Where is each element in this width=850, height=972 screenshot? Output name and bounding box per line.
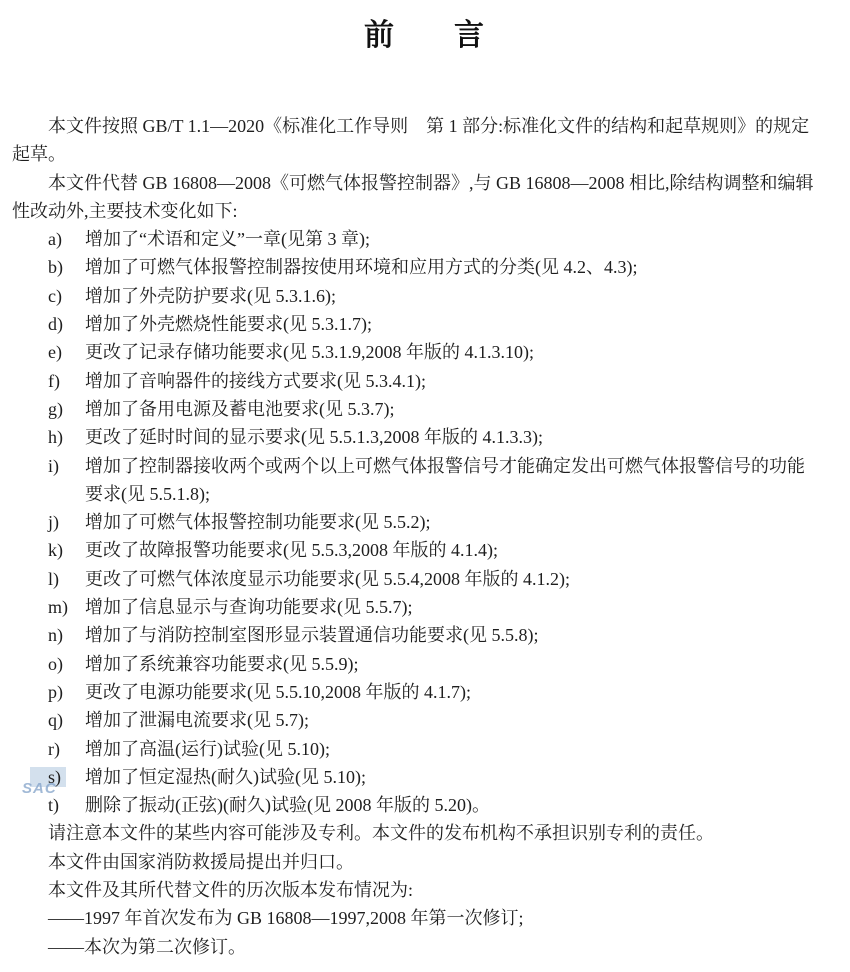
change-item-text: 增加了与消防控制室图形显示装置通信功能要求(见 5.5.8); — [85, 621, 836, 649]
change-list: a) 增加了“术语和定义”一章(见第 3 章); b) 增加了可燃气体报警控制器… — [12, 225, 836, 819]
change-item: o) 增加了系统兼容功能要求(见 5.5.9); — [12, 650, 836, 678]
change-item: p) 更改了电源功能要求(见 5.5.10,2008 年版的 4.1.7); — [12, 678, 836, 706]
change-item-text: 增加了可燃气体报警控制器按使用环境和应用方式的分类(见 4.2、4.3); — [85, 253, 836, 281]
change-item-letter: t) — [12, 791, 85, 819]
change-item-text: 增加了恒定湿热(耐久)试验(见 5.10); — [85, 763, 836, 791]
change-item: m) 增加了信息显示与查询功能要求(见 5.5.7); — [12, 593, 836, 621]
change-item-letter: k) — [12, 536, 85, 564]
document-page: SAC 前 言 本文件按照 GB/T 1.1—2020《标准化工作导则 第 1 … — [0, 0, 850, 972]
change-item-text: 更改了延时时间的显示要求(见 5.5.1.3,2008 年版的 4.1.3.3)… — [85, 423, 836, 451]
change-item-letter: i) — [12, 452, 85, 509]
change-item-letter: m) — [12, 593, 85, 621]
change-item: j) 增加了可燃气体报警控制功能要求(见 5.5.2); — [12, 508, 836, 536]
change-item: h) 更改了延时时间的显示要求(见 5.5.1.3,2008 年版的 4.1.3… — [12, 423, 836, 451]
change-item-letter: l) — [12, 565, 85, 593]
history-list: ——1997 年首次发布为 GB 16808—1997,2008 年第一次修订;… — [12, 904, 836, 961]
change-item-letter: a) — [12, 225, 85, 253]
document-content: 前 言 本文件按照 GB/T 1.1—2020《标准化工作导则 第 1 部分:标… — [12, 16, 836, 961]
change-item-letter: o) — [12, 650, 85, 678]
page-title: 前 言 — [12, 16, 836, 56]
change-item: c) 增加了外壳防护要求(见 5.3.1.6); — [12, 282, 836, 310]
change-item-letter: b) — [12, 253, 85, 281]
change-item: r) 增加了高温(运行)试验(见 5.10); — [12, 735, 836, 763]
change-item-letter: p) — [12, 678, 85, 706]
change-item-text: 更改了记录存储功能要求(见 5.3.1.9,2008 年版的 4.1.3.10)… — [85, 338, 836, 366]
change-item-letter: s) — [12, 763, 85, 791]
change-item-text: 增加了高温(运行)试验(见 5.10); — [85, 735, 836, 763]
change-item-letter: n) — [12, 621, 85, 649]
change-item-letter: q) — [12, 706, 85, 734]
intro-paragraph-basis: 本文件按照 GB/T 1.1—2020《标准化工作导则 第 1 部分:标准化文件… — [12, 112, 836, 169]
change-item-text: 增加了外壳防护要求(见 5.3.1.6); — [85, 282, 836, 310]
change-item-text: 增加了系统兼容功能要求(见 5.5.9); — [85, 650, 836, 678]
history-item: ——1997 年首次发布为 GB 16808—1997,2008 年第一次修订; — [12, 904, 836, 932]
intro-paragraph-replacement: 本文件代替 GB 16808—2008《可燃气体报警控制器》,与 GB 1680… — [12, 169, 836, 226]
change-item: b) 增加了可燃气体报警控制器按使用环境和应用方式的分类(见 4.2、4.3); — [12, 253, 836, 281]
change-item-text: 增加了信息显示与查询功能要求(见 5.5.7); — [85, 593, 836, 621]
change-item-letter: g) — [12, 395, 85, 423]
change-item: e) 更改了记录存储功能要求(见 5.3.1.9,2008 年版的 4.1.3.… — [12, 338, 836, 366]
issuing-body-paragraph: 本文件由国家消防救援局提出并归口。 — [12, 848, 836, 876]
change-item-letter: h) — [12, 423, 85, 451]
change-item: t) 删除了振动(正弦)(耐久)试验(见 2008 年版的 5.20)。 — [12, 791, 836, 819]
change-item: g) 增加了备用电源及蓄电池要求(见 5.3.7); — [12, 395, 836, 423]
change-item-text: 更改了故障报警功能要求(见 5.5.3,2008 年版的 4.1.4); — [85, 536, 836, 564]
change-item-letter: r) — [12, 735, 85, 763]
change-item-text: 增加了音响器件的接线方式要求(见 5.3.4.1); — [85, 367, 836, 395]
change-item-text: 增加了外壳燃烧性能要求(见 5.3.1.7); — [85, 310, 836, 338]
change-item-text: 删除了振动(正弦)(耐久)试验(见 2008 年版的 5.20)。 — [85, 791, 836, 819]
change-item-letter: c) — [12, 282, 85, 310]
change-item: s) 增加了恒定湿热(耐久)试验(见 5.10); — [12, 763, 836, 791]
change-item-letter: d) — [12, 310, 85, 338]
change-item-text: 增加了“术语和定义”一章(见第 3 章); — [85, 225, 836, 253]
change-item: q) 增加了泄漏电流要求(见 5.7); — [12, 706, 836, 734]
change-item-letter: f) — [12, 367, 85, 395]
history-item: ——本次为第二次修订。 — [12, 933, 836, 961]
change-item: n) 增加了与消防控制室图形显示装置通信功能要求(见 5.5.8); — [12, 621, 836, 649]
change-item-text: 更改了电源功能要求(见 5.5.10,2008 年版的 4.1.7); — [85, 678, 836, 706]
change-item-letter: j) — [12, 508, 85, 536]
change-item: d) 增加了外壳燃烧性能要求(见 5.3.1.7); — [12, 310, 836, 338]
change-item: k) 更改了故障报警功能要求(见 5.5.3,2008 年版的 4.1.4); — [12, 536, 836, 564]
change-item-text: 增加了备用电源及蓄电池要求(见 5.3.7); — [85, 395, 836, 423]
patent-notice-paragraph: 请注意本文件的某些内容可能涉及专利。本文件的发布机构不承担识别专利的责任。 — [12, 819, 836, 847]
change-item-letter: e) — [12, 338, 85, 366]
change-item: i) 增加了控制器接收两个或两个以上可燃气体报警信号才能确定发出可燃气体报警信号… — [12, 452, 836, 509]
history-intro-paragraph: 本文件及其所代替文件的历次版本发布情况为: — [12, 876, 836, 904]
change-item-text: 增加了控制器接收两个或两个以上可燃气体报警信号才能确定发出可燃气体报警信号的功能… — [85, 452, 836, 509]
change-item-text: 更改了可燃气体浓度显示功能要求(见 5.5.4,2008 年版的 4.1.2); — [85, 565, 836, 593]
change-item-text: 增加了可燃气体报警控制功能要求(见 5.5.2); — [85, 508, 836, 536]
change-item: f) 增加了音响器件的接线方式要求(见 5.3.4.1); — [12, 367, 836, 395]
change-item: a) 增加了“术语和定义”一章(见第 3 章); — [12, 225, 836, 253]
change-item: l) 更改了可燃气体浓度显示功能要求(见 5.5.4,2008 年版的 4.1.… — [12, 565, 836, 593]
change-item-text: 增加了泄漏电流要求(见 5.7); — [85, 706, 836, 734]
